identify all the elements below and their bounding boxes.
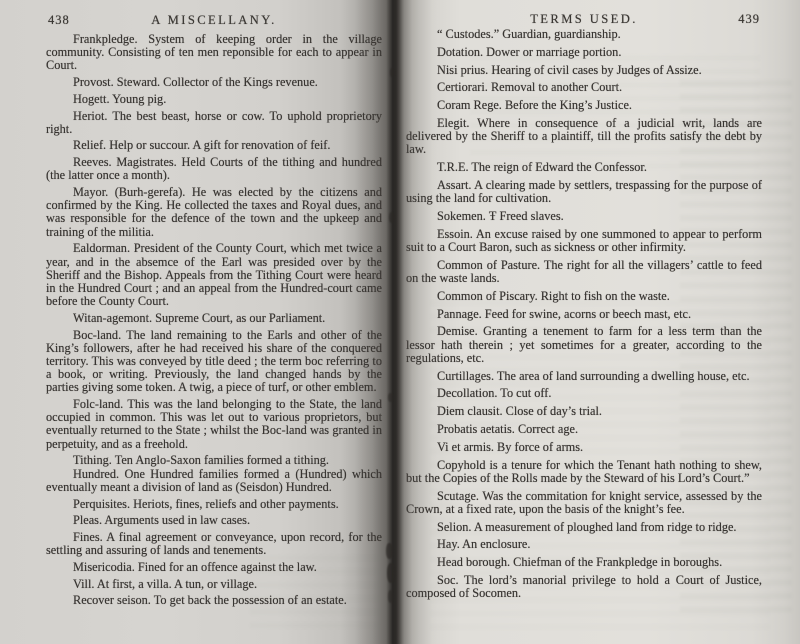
glossary-entry: Head borough. Chiefman of the Frankpledg… [406, 556, 762, 569]
glossary-entry: Certiorari. Removal to another Court. [406, 81, 762, 94]
glossary-entry: Relief. Help or succour. A gift for reno… [46, 139, 382, 152]
glossary-entry: Elegit. Where in consequence of a judici… [406, 117, 762, 157]
glossary-entry: Common of Piscary. Right to fish on the … [406, 290, 762, 303]
glossary-entry: Common of Pasture. The right for all the… [406, 259, 762, 285]
glossary-entry: Vill. At first, a villa. A tun, or villa… [46, 578, 382, 591]
glossary-entry: Witan-agemont. Supreme Court, as our Par… [46, 312, 382, 325]
glossary-entry: Ealdorman. President of the County Court… [46, 242, 382, 308]
glossary-entry: Hay. An enclosure. [406, 538, 762, 551]
glossary-entry: Dotation. Dower or marriage portion. [406, 46, 762, 59]
right-glossary-column: “ Custodes.” Guardian, guardianship. Dot… [406, 28, 762, 605]
glossary-entry: “ Custodes.” Guardian, guardianship. [406, 28, 762, 41]
glossary-entry: Assart. A clearing made by settlers, tre… [406, 179, 762, 205]
left-page-header: 438 A MISCELLANY. [46, 13, 382, 28]
left-glossary-column: Frankpledge. System of keeping order in … [46, 33, 382, 611]
glossary-entry: Diem clausit. Close of day’s trial. [406, 405, 762, 418]
book-spread: 438 A MISCELLANY. Frankpledge. System of… [0, 0, 800, 644]
glossary-entry: Coram Rege. Before the King’s Justice. [406, 99, 762, 112]
left-running-title: A MISCELLANY. [46, 13, 382, 28]
glossary-entry: Provost. Steward. Collector of the Kings… [46, 76, 382, 89]
glossary-entry: Misericodia. Fined for an offence agains… [46, 561, 382, 574]
glossary-entry: Boc-land. The land remaining to the Earl… [46, 329, 382, 395]
right-page-number: 439 [738, 12, 760, 27]
glossary-entry: Scutage. Was the commitation for knight … [406, 490, 762, 516]
glossary-entry: Tithing. Ten Anglo-Saxon families formed… [46, 454, 382, 467]
right-running-title: TERMS USED. [406, 12, 762, 27]
right-page: TERMS USED. 439 “ Custodes.” Guardian, g… [396, 0, 800, 644]
right-page-header: TERMS USED. 439 [406, 12, 762, 27]
glossary-entry: Hogett. Young pig. [46, 93, 382, 106]
glossary-entry: Hundred. One Hundred families formed a (… [46, 468, 382, 494]
glossary-entry: Pleas. Arguments used in law cases. [46, 514, 382, 527]
glossary-entry: Perquisites. Heriots, fines, reliefs and… [46, 498, 382, 511]
glossary-entry: Essoin. An excuse raised by one summoned… [406, 228, 762, 254]
glossary-entry: Curtillages. The area of land surroundin… [406, 370, 762, 383]
glossary-entry: Fines. A final agreement or conveyance, … [46, 531, 382, 557]
glossary-entry: Vi et armis. By force of arms. [406, 441, 762, 454]
glossary-entry: Decollation. To cut off. [406, 387, 762, 400]
glossary-entry: Copyhold is a tenure for which the Tenan… [406, 459, 762, 485]
glossary-entry: Sokemen. Ŧ Freed slaves. [406, 210, 762, 223]
glossary-entry: Heriot. The best beast, horse or cow. To… [46, 110, 382, 136]
glossary-entry: Mayor. (Burh-gerefa). He was elected by … [46, 186, 382, 239]
glossary-entry: Pannage. Feed for swine, acorns or beech… [406, 308, 762, 321]
glossary-entry: Folc-land. This was the land belonging t… [46, 398, 382, 451]
glossary-entry: Soc. The lord’s manorial privilege to ho… [406, 574, 762, 600]
glossary-entry: Demise. Granting a tenement to farm for … [406, 325, 762, 365]
left-page-number: 438 [48, 13, 70, 28]
glossary-entry: T.R.E. The reign of Edward the Confessor… [406, 161, 762, 174]
glossary-entry: Reeves. Magistrates. Held Courts of the … [46, 156, 382, 182]
glossary-entry: Recover seison. To get back the possessi… [46, 594, 382, 607]
glossary-entry: Nisi prius. Hearing of civil cases by Ju… [406, 64, 762, 77]
glossary-entry: Probatis aetatis. Correct age. [406, 423, 762, 436]
left-page: 438 A MISCELLANY. Frankpledge. System of… [0, 0, 396, 644]
glossary-entry: Selion. A measurement of ploughed land f… [406, 521, 762, 534]
glossary-entry: Frankpledge. System of keeping order in … [46, 33, 382, 73]
